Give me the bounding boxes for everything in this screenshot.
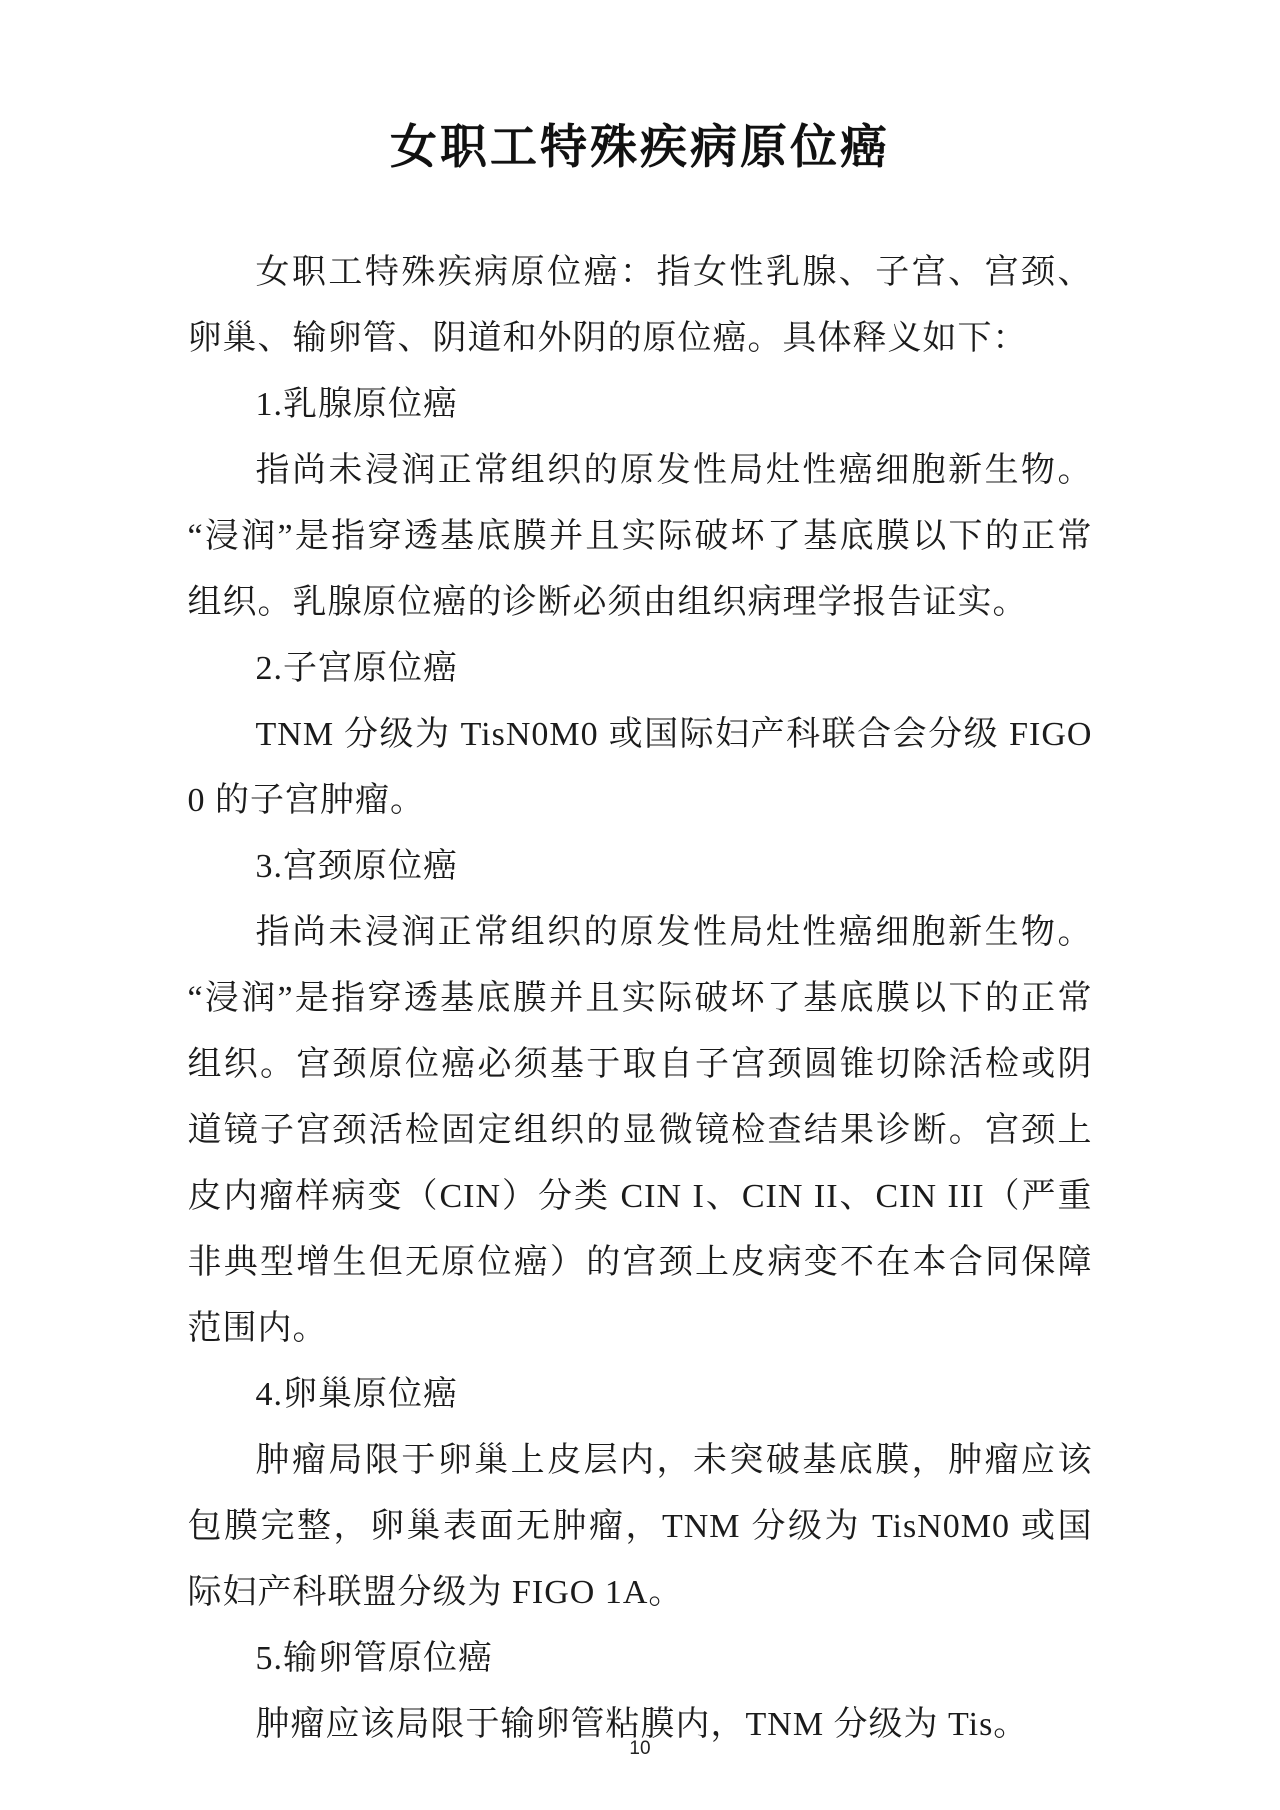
section-heading: 4.卵巢原位癌 [188,1362,1093,1428]
document-body: 女职工特殊疾病原位癌：指女性乳腺、子宫、宫颈、卵巢、输卵管、阴道和外阴的原位癌。… [188,240,1093,1758]
page-number: 10 [0,1738,1280,1760]
paragraph: 女职工特殊疾病原位癌：指女性乳腺、子宫、宫颈、卵巢、输卵管、阴道和外阴的原位癌。… [188,240,1093,372]
paragraph: 指尚未浸润正常组织的原发性局灶性癌细胞新生物。“浸润”是指穿透基底膜并且实际破坏… [188,438,1093,636]
paragraph: TNM 分级为 TisN0M0 或国际妇产科联合会分级 FIGO 0 的子宫肿瘤… [188,702,1093,834]
paragraph: 指尚未浸润正常组织的原发性局灶性癌细胞新生物。“浸润”是指穿透基底膜并且实际破坏… [188,900,1093,1362]
section-heading: 5.输卵管原位癌 [188,1626,1093,1692]
section-heading: 2.子宫原位癌 [188,636,1093,702]
paragraph: 肿瘤局限于卵巢上皮层内，未突破基底膜，肿瘤应该包膜完整，卵巢表面无肿瘤，TNM … [188,1428,1093,1626]
page-title: 女职工特殊疾病原位癌 [0,116,1280,180]
section-heading: 3.宫颈原位癌 [188,834,1093,900]
section-heading: 1.乳腺原位癌 [188,372,1093,438]
document-page: 女职工特殊疾病原位癌 女职工特殊疾病原位癌：指女性乳腺、子宫、宫颈、卵巢、输卵管… [0,0,1280,1810]
